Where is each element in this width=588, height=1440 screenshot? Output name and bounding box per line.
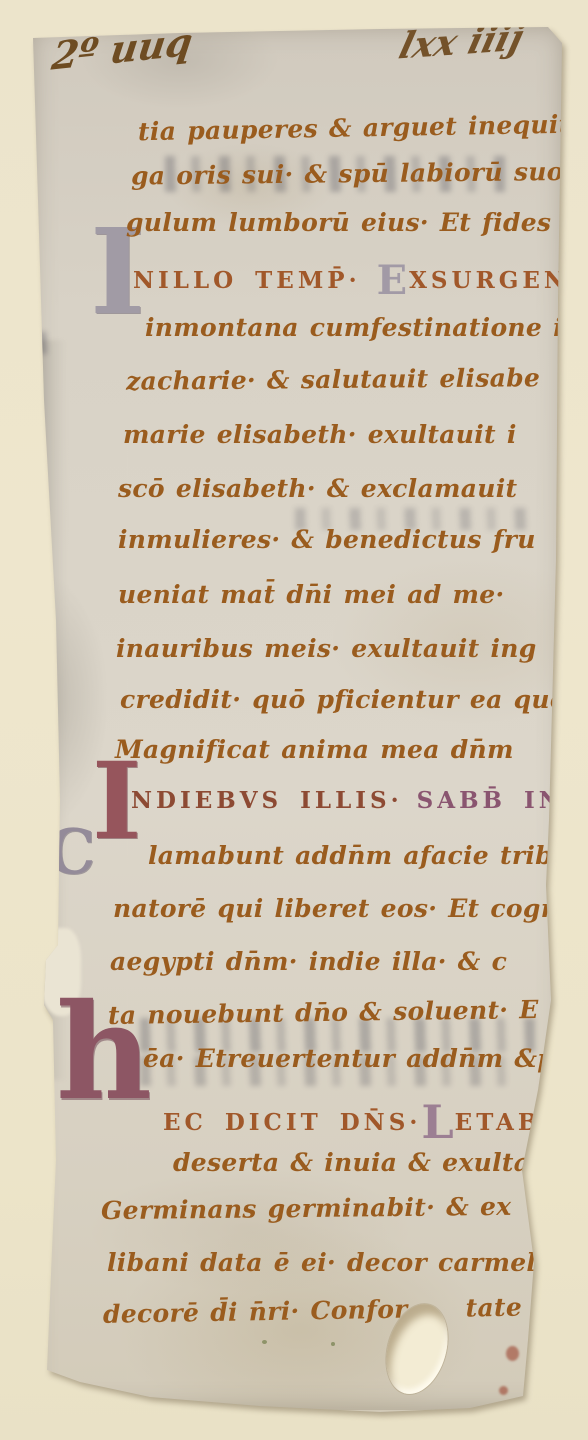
text-line: deserta & inuia & exulta <box>173 1150 530 1176</box>
text-line: lamabunt addn̄m afacie trib <box>148 843 553 869</box>
red-stain <box>506 1346 519 1361</box>
line-text: decorē d̄i n̄ri· Confor <box>103 1295 408 1329</box>
green-speck <box>262 1340 267 1344</box>
line-text: gulum lumborū eius· Et fides c <box>126 208 578 237</box>
text-line: aegypti dn̄m· indie illa· & c <box>110 949 507 975</box>
line-text: deserta & inuia & exulta <box>173 1148 530 1177</box>
text-line: ga oris sui· & spū labiorū suorū i <box>131 158 588 189</box>
incipit-text: XSURGENS A <box>409 267 588 294</box>
text-line: ta nouebunt dn̄o & soluent· E <box>108 997 539 1029</box>
line-text: Magnificat anima mea dn̄m <box>115 735 514 764</box>
line-text: aegypti dn̄m· indie illa· & c <box>110 947 507 976</box>
line-text: marie elisabeth· exultauit i <box>123 420 517 449</box>
text-line: libani data ē ei· decor carmel <box>107 1250 536 1276</box>
rubric-heading-text: SABB̄ IN X <box>417 787 588 814</box>
parchment-fragment: 2º uuq lxx iiij I I C h tia pauperes & a… <box>0 0 588 1440</box>
text-line: credidit· quō pficientur ea que <box>120 687 566 713</box>
rubric-text: NDIEBVS ILLIS· <box>131 787 403 814</box>
line-text: inauribus meis· exultauit ing <box>116 634 537 663</box>
text-line: ueniat mat̄ dn̄i mei ad me· <box>118 582 504 608</box>
text-line: ēa· Etreuertentur addn̄m &p <box>143 1046 555 1072</box>
line-text: Germinans germinabit· & ex <box>101 1192 512 1225</box>
text-line: natorē qui liberet eos· Et cogn <box>113 896 559 922</box>
line-text: credidit· quō pficientur ea que <box>120 685 566 714</box>
text-line: inmulieres· & benedictus fru <box>118 527 536 553</box>
text-line: zacharie· & salutauit elisabe <box>126 365 540 395</box>
line-text: inmulieres· & benedictus fru <box>118 525 536 554</box>
line-text: lamabunt addn̄m afacie trib <box>148 841 553 870</box>
line-text: ga oris sui· & spū labiorū suorū i <box>131 156 588 190</box>
folio-mark-top-right: lxx iiij <box>396 19 528 64</box>
text-line-rubric: NILLO TEMP̄·EXSURGENS A <box>133 260 588 302</box>
text-line-rubric: EC DICIT DN̄S·LETABIT <box>163 1098 577 1146</box>
text-line: marie elisabeth· exultauit i <box>123 422 517 448</box>
line-text-after-hole: tate r <box>465 1292 546 1322</box>
line-text: libani data ē ei· decor carmel <box>107 1248 536 1277</box>
parchment: 2º uuq lxx iiij I I C h tia pauperes & a… <box>0 0 588 1440</box>
ink-showthrough-smudge <box>36 332 62 354</box>
rubric-text: NILLO TEMP̄· <box>133 267 361 294</box>
line-text: ueniat mat̄ dn̄i mei ad me· <box>118 580 504 609</box>
line-text: zacharie· & salutauit elisabe <box>126 363 540 396</box>
text-line: Magnificat anima mea dn̄m <box>115 737 514 763</box>
incipit-text: ETABIT <box>455 1109 578 1136</box>
text-line: inauribus meis· exultauit ing <box>116 636 537 662</box>
text-line: gulum lumborū eius· Et fides c <box>126 210 578 236</box>
manuscript-photo: { "photo": { "background_color": "#ece4c… <box>0 0 588 1440</box>
text-line-rubric: NDIEBVS ILLIS·SABB̄ IN X <box>131 789 588 813</box>
line-text: ēa· Etreuertentur addn̄m &p <box>143 1044 555 1073</box>
text-line: Germinans germinabit· & ex <box>101 1194 512 1225</box>
line-text: scō elisabeth· & exclamauit <box>118 474 517 503</box>
line-text: ta nouebunt dn̄o & soluent· E <box>108 995 539 1030</box>
illuminated-initial-c: C <box>46 828 95 876</box>
line-text: inmontana cumfestinatione i <box>145 313 563 342</box>
decorated-initial-l: L <box>421 1095 454 1149</box>
text-line: scō elisabeth· & exclamauit <box>118 476 517 502</box>
decorated-initial-e: E <box>377 257 410 304</box>
red-stain <box>499 1386 508 1395</box>
rubric-text: EC DICIT DN̄S· <box>163 1109 421 1136</box>
green-speck <box>331 1342 335 1346</box>
line-text: natorē qui liberet eos· Et cogn <box>113 894 559 923</box>
text-line: inmontana cumfestinatione i <box>145 315 563 341</box>
